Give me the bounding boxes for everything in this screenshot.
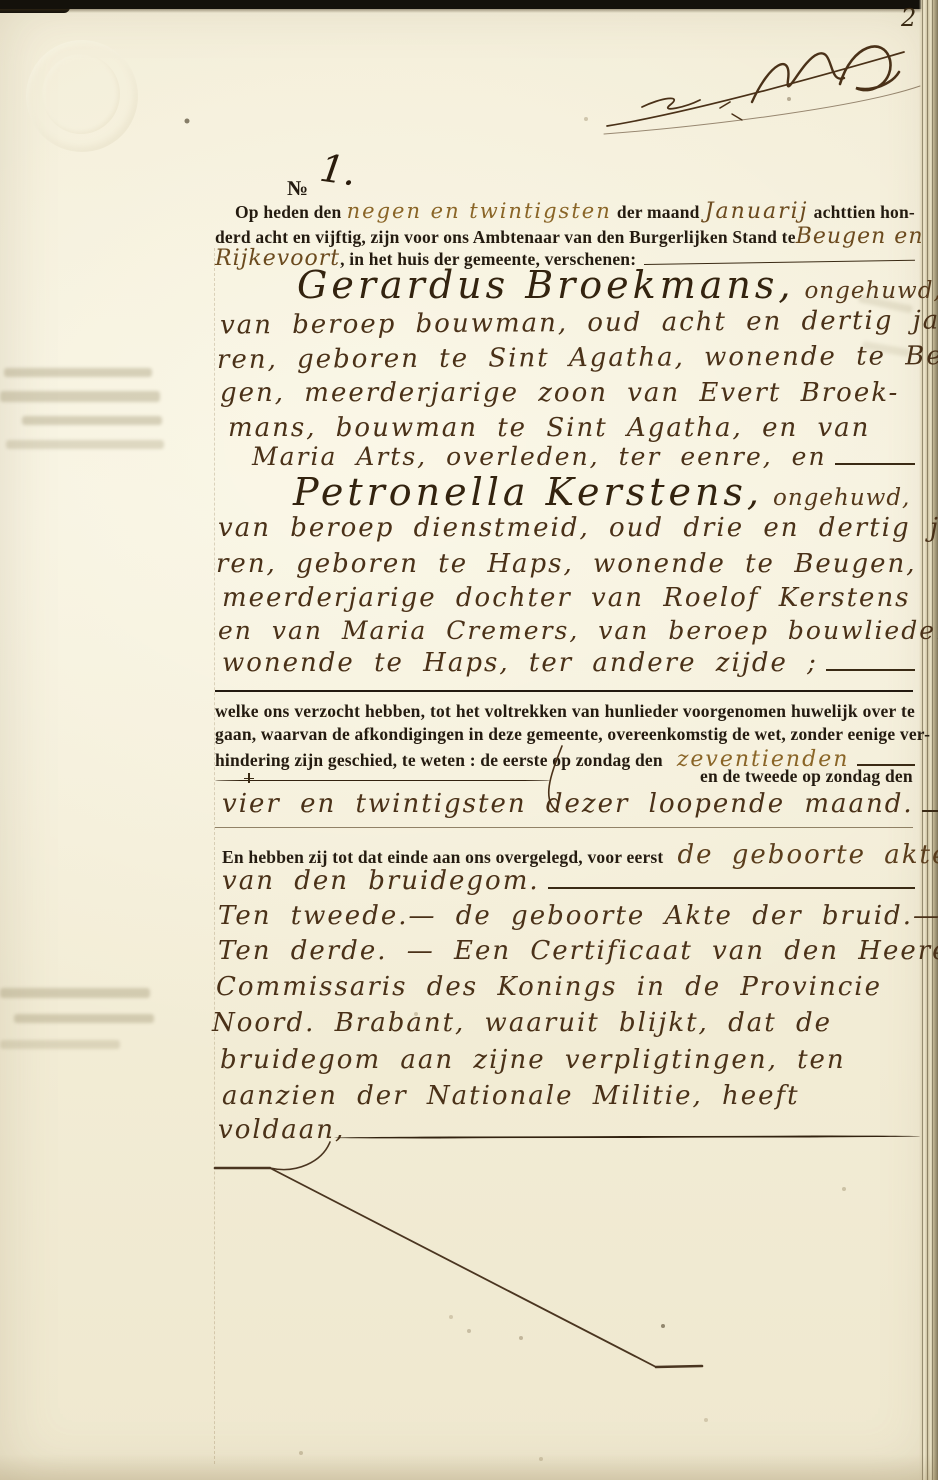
groom-name: Gerardus Broekmans, — [297, 263, 794, 307]
document-entry-line: Ten tweede.— de geboorte Akte der bruid.… — [218, 901, 938, 931]
ink-dash-line — [826, 655, 915, 671]
embossed-seal — [26, 40, 138, 152]
document-entry-line: bruidegom aan zijne verpligtingen, ten — [220, 1045, 846, 1075]
section-divider-rule — [215, 690, 913, 692]
printed-text: der maand — [617, 202, 700, 223]
handwritten-second-banns-date: vier en twintigsten dezer loopende maand… — [222, 789, 914, 819]
bride-detail-line: meerderjarige dochter van Roelof Kersten… — [222, 583, 911, 613]
groom-mother-line: Maria Arts, overleden, ter eenre, en — [252, 442, 915, 471]
printed-text: derd acht en vijftig, zijn voor ons Ambt… — [215, 227, 796, 248]
bride-name-line: Petronella Kerstens, ongehuwd, — [293, 470, 910, 514]
groom-status: ongehuwd, — [804, 278, 938, 304]
groom-detail-line: ren, geboren te Sint Agatha, wonende te … — [217, 341, 938, 375]
book-top-edge — [0, 0, 938, 9]
groom-detail-line: mans, bouwman te Sint Agatha, en van — [228, 413, 870, 443]
section-divider-rule-thin — [215, 827, 913, 828]
bride-detail-line: ren, geboren te Haps, wonende te Beugen, — [216, 549, 917, 579]
ink-dash-line — [548, 873, 915, 889]
bottom-shadow — [0, 1454, 938, 1480]
blank-fill-line — [215, 780, 550, 781]
ink-dash-line — [857, 750, 915, 766]
handwritten-document-entry: van den bruidegom. — [222, 866, 540, 896]
top-edge-shadow — [0, 9, 938, 13]
document-entry-line: Ten derde. — Een Certificaat van den Hee… — [218, 936, 938, 966]
document-entry-line: aanzien der Nationale Militie, heeft — [222, 1081, 800, 1111]
ink-dash-line — [922, 796, 938, 812]
handwritten-month: Januarij — [705, 199, 809, 224]
groom-detail-line: van beroep bouwman, oud acht en dertig j… — [220, 305, 938, 340]
printed-text: achttien hon- — [814, 202, 915, 223]
printed-text: En hebben zij tot dat einde aan ons over… — [222, 847, 663, 868]
banns-line-2: gaan, waarvan de afkondigingen in deze g… — [215, 724, 915, 745]
bride-name: Petronella Kerstens, — [293, 470, 763, 514]
ink-bleedthrough — [0, 988, 150, 998]
page-edge-line — [932, 0, 933, 1480]
document-entry-line: Noord. Brabant, waaruit blijkt, dat de — [212, 1008, 832, 1038]
ink-bleedthrough — [4, 368, 152, 377]
signature-flourish — [602, 28, 922, 138]
document-entry-line: van den bruidegom. — [222, 866, 915, 896]
document-page: 2 № 1. Op heden den negen en twintigsten… — [0, 0, 938, 1480]
ink-bleedthrough — [22, 416, 162, 425]
blank-space-strike-line — [200, 1120, 720, 1390]
banns-line-4: en de tweede op zondag den — [700, 766, 913, 787]
banns-second-date-line: vier en twintigsten dezer loopende maand… — [222, 789, 912, 819]
act-number-label: № — [287, 176, 308, 201]
bride-detail-line: wonende te Haps, ter andere zijde ; — [222, 648, 818, 678]
paper-speckles — [0, 0, 2, 2]
printed-text: hindering zijn geschied, te weten : de e… — [215, 750, 663, 771]
insertion-cross-mark — [244, 773, 254, 783]
bride-detail-line: en van Maria Cremers, van beroep bouwlie… — [218, 616, 938, 645]
act-number-value: 1. — [317, 146, 359, 195]
groom-detail-line: gen, meerderjarige zoon van Evert Broek- — [220, 378, 899, 408]
ink-bleedthrough — [0, 1040, 120, 1049]
handwritten-day: negen en twintigsten — [347, 199, 612, 223]
bride-closing-line: wonende te Haps, ter andere zijde ; — [222, 648, 915, 678]
opening-line-1: Op heden den negen en twintigsten der ma… — [215, 199, 915, 224]
embossed-seal-inner — [42, 54, 120, 134]
ink-bleedthrough — [14, 1014, 154, 1023]
bride-status: ongehuwd, — [773, 485, 910, 511]
groom-name-line: Gerardus Broekmans, ongehuwd, — [297, 263, 938, 307]
printed-text: Op heden den — [235, 202, 341, 223]
document-entry-line: Commissaris des Konings in de Provincie — [216, 972, 882, 1002]
ink-bleedthrough — [6, 440, 164, 449]
bride-detail-line: van beroep dienstmeid, oud drie en derti… — [218, 513, 938, 543]
ink-bleedthrough — [0, 391, 160, 402]
groom-detail-line: Maria Arts, overleden, ter eenre, en — [252, 442, 827, 471]
banns-line-1: welke ons verzocht hebben, tot het voltr… — [215, 701, 915, 722]
ink-dash-line — [835, 449, 915, 465]
